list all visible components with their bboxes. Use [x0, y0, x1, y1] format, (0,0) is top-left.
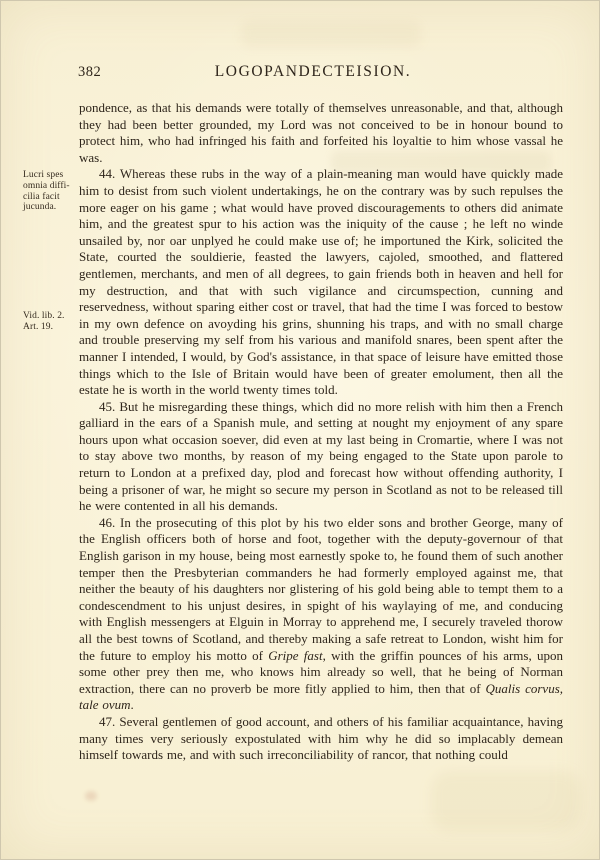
paragraph-continuation: pondence, as that his demands were total…	[79, 100, 563, 166]
margin-note-line: Vid. lib. 2.	[23, 311, 78, 322]
paragraph-text: 44. Whereas these rubs in the way of a p…	[79, 166, 563, 397]
running-title: LOGOPANDECTEISION.	[215, 63, 412, 81]
page-stain	[85, 791, 97, 801]
paragraph-text-italic: Gripe fast	[268, 648, 322, 663]
paragraph-47: 47. Several gentlemen of good account, a…	[79, 714, 563, 764]
paragraph-text: 46. In the prosecuting of this plot by h…	[79, 515, 563, 663]
paragraph-text: 47. Several gentlemen of good account, a…	[79, 714, 563, 762]
page-stain	[241, 21, 421, 47]
margin-note-line: omnia diffi-	[23, 181, 78, 192]
paragraph-46: 46. In the prosecuting of this plot by h…	[79, 515, 563, 714]
margin-note-lucri-spes: Lucri spes omnia diffi- cilia facit jucu…	[23, 170, 78, 213]
margin-note-line: Art. 19.	[23, 322, 78, 333]
margin-note-line: cilia facit	[23, 192, 78, 203]
page-stain	[431, 771, 581, 831]
margin-note-line: Lucri spes	[23, 170, 78, 181]
book-page: 382 LOGOPANDECTEISION. Lucri spes omnia …	[0, 0, 600, 860]
margin-note-vid-lib: Vid. lib. 2. Art. 19.	[23, 311, 78, 333]
paragraph-45: 45. But he misregarding these things, wh…	[79, 399, 563, 515]
page-number: 382	[78, 64, 101, 81]
paragraph-text: .	[131, 697, 134, 712]
page-body-text: pondence, as that his demands were total…	[79, 100, 563, 764]
paragraph-text: 45. But he misregarding these things, wh…	[79, 399, 563, 514]
paragraph-44: 44. Whereas these rubs in the way of a p…	[79, 166, 563, 398]
paragraph-text: pondence, as that his demands were total…	[79, 100, 563, 165]
margin-note-line: jucunda.	[23, 202, 78, 213]
